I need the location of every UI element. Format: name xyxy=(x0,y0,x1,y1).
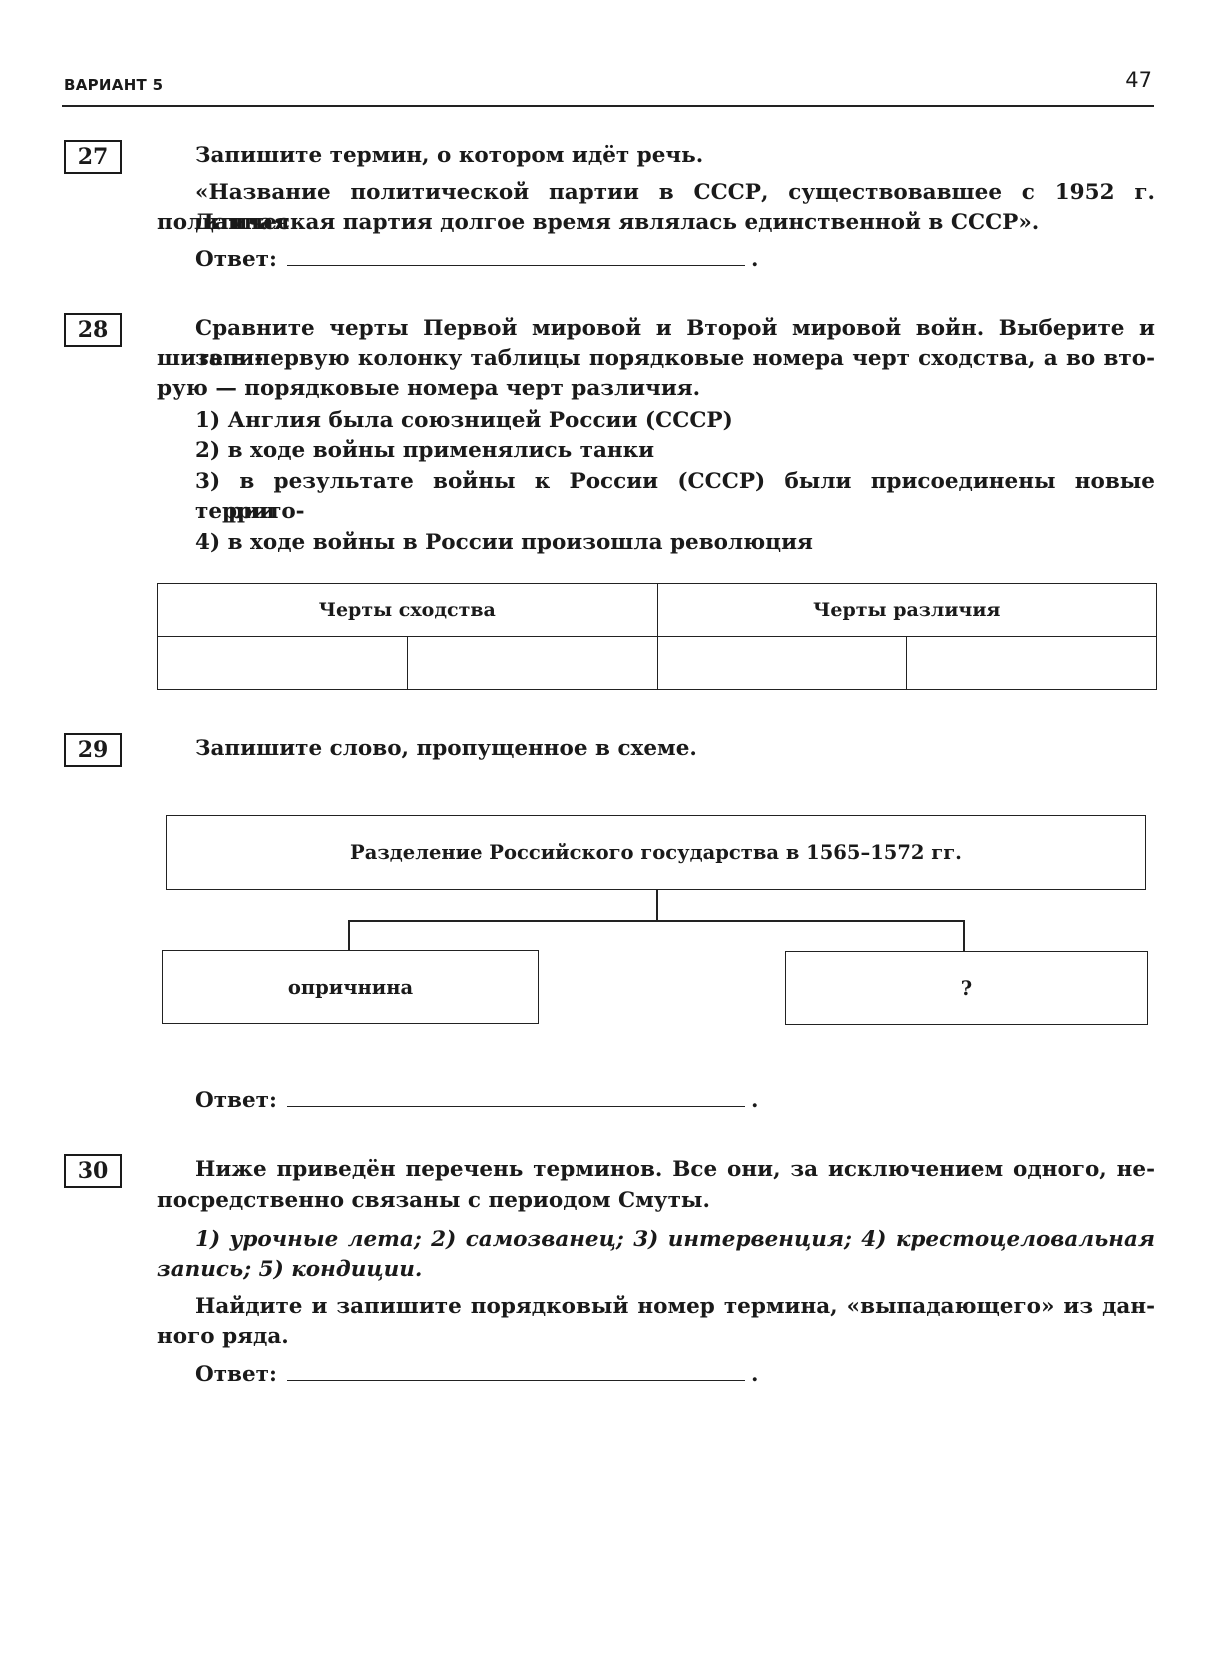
table-header-differences: Черты различия xyxy=(657,584,1157,637)
answer-row: Ответ:. xyxy=(195,245,758,275)
answer-field[interactable] xyxy=(287,1086,745,1107)
scheme-connector xyxy=(656,890,658,921)
quote-line: политическая партия долгое время являлас… xyxy=(157,208,1039,238)
option-item-continued: рии xyxy=(228,497,275,527)
scheme-missing-box: ? xyxy=(785,951,1148,1025)
answer-row: Ответ:. xyxy=(195,1086,758,1116)
answer-label: Ответ: xyxy=(195,1362,277,1387)
difference-cell[interactable] xyxy=(657,637,907,690)
option-item: 4) в ходе войны в России произошла револ… xyxy=(195,528,813,558)
table-header-similarities: Черты сходства xyxy=(158,584,658,637)
answer-period: . xyxy=(751,247,759,272)
answer-period: . xyxy=(751,1362,759,1387)
question-prompt: Запишите слово, пропущенное в схеме. xyxy=(195,734,697,764)
scheme-root-box: Разделение Российского государства в 156… xyxy=(166,815,1146,890)
question-number-badge: 28 xyxy=(64,313,122,347)
question-prompt-line: посредственно связаны с периодом Смуты. xyxy=(157,1186,710,1216)
question-number-badge: 27 xyxy=(64,140,122,174)
similarity-cell[interactable] xyxy=(407,637,657,690)
comparison-table: Черты сходства Черты различия xyxy=(157,583,1157,690)
instruction-line: ного ряда. xyxy=(157,1322,289,1352)
answer-label: Ответ: xyxy=(195,247,277,272)
answer-label: Ответ: xyxy=(195,1088,277,1113)
scheme-connector xyxy=(963,920,965,952)
question-prompt-line: рую — порядковые номера черт различия. xyxy=(157,374,700,404)
question-prompt-line: шите в первую колонку таблицы порядковые… xyxy=(157,344,1155,374)
scheme-connector xyxy=(348,920,964,922)
question-number-badge: 29 xyxy=(64,733,122,767)
header-divider xyxy=(62,105,1154,107)
similarity-cell[interactable] xyxy=(158,637,408,690)
scheme-left-box: опричнина xyxy=(162,950,539,1024)
instruction-line: Найдите и запишите порядковый номер терм… xyxy=(195,1292,1155,1322)
variant-label: ВАРИАНТ 5 xyxy=(64,76,163,94)
answer-period: . xyxy=(751,1088,759,1113)
difference-cell[interactable] xyxy=(907,637,1157,690)
option-item: 2) в ходе войны применялись танки xyxy=(195,436,654,466)
question-prompt-line: Ниже приведён перечень терминов. Все они… xyxy=(195,1155,1155,1185)
page-number: 47 xyxy=(1125,68,1152,92)
option-item: 3) в результате войны к России (СССР) бы… xyxy=(195,467,1155,527)
option-item: 1) Англия была союзницей России (СССР) xyxy=(195,406,733,436)
answer-field[interactable] xyxy=(287,245,745,266)
answer-field[interactable] xyxy=(287,1360,745,1381)
terms-list-line: 1) урочные лета; 2) самозванец; 3) интер… xyxy=(195,1225,1155,1255)
question-prompt: Запишите термин, о котором идёт речь. xyxy=(195,141,703,171)
answer-row: Ответ:. xyxy=(195,1360,758,1390)
question-number-badge: 30 xyxy=(64,1154,122,1188)
scheme-connector xyxy=(348,920,350,951)
terms-list-line: запись; 5) кондиции. xyxy=(157,1255,422,1285)
